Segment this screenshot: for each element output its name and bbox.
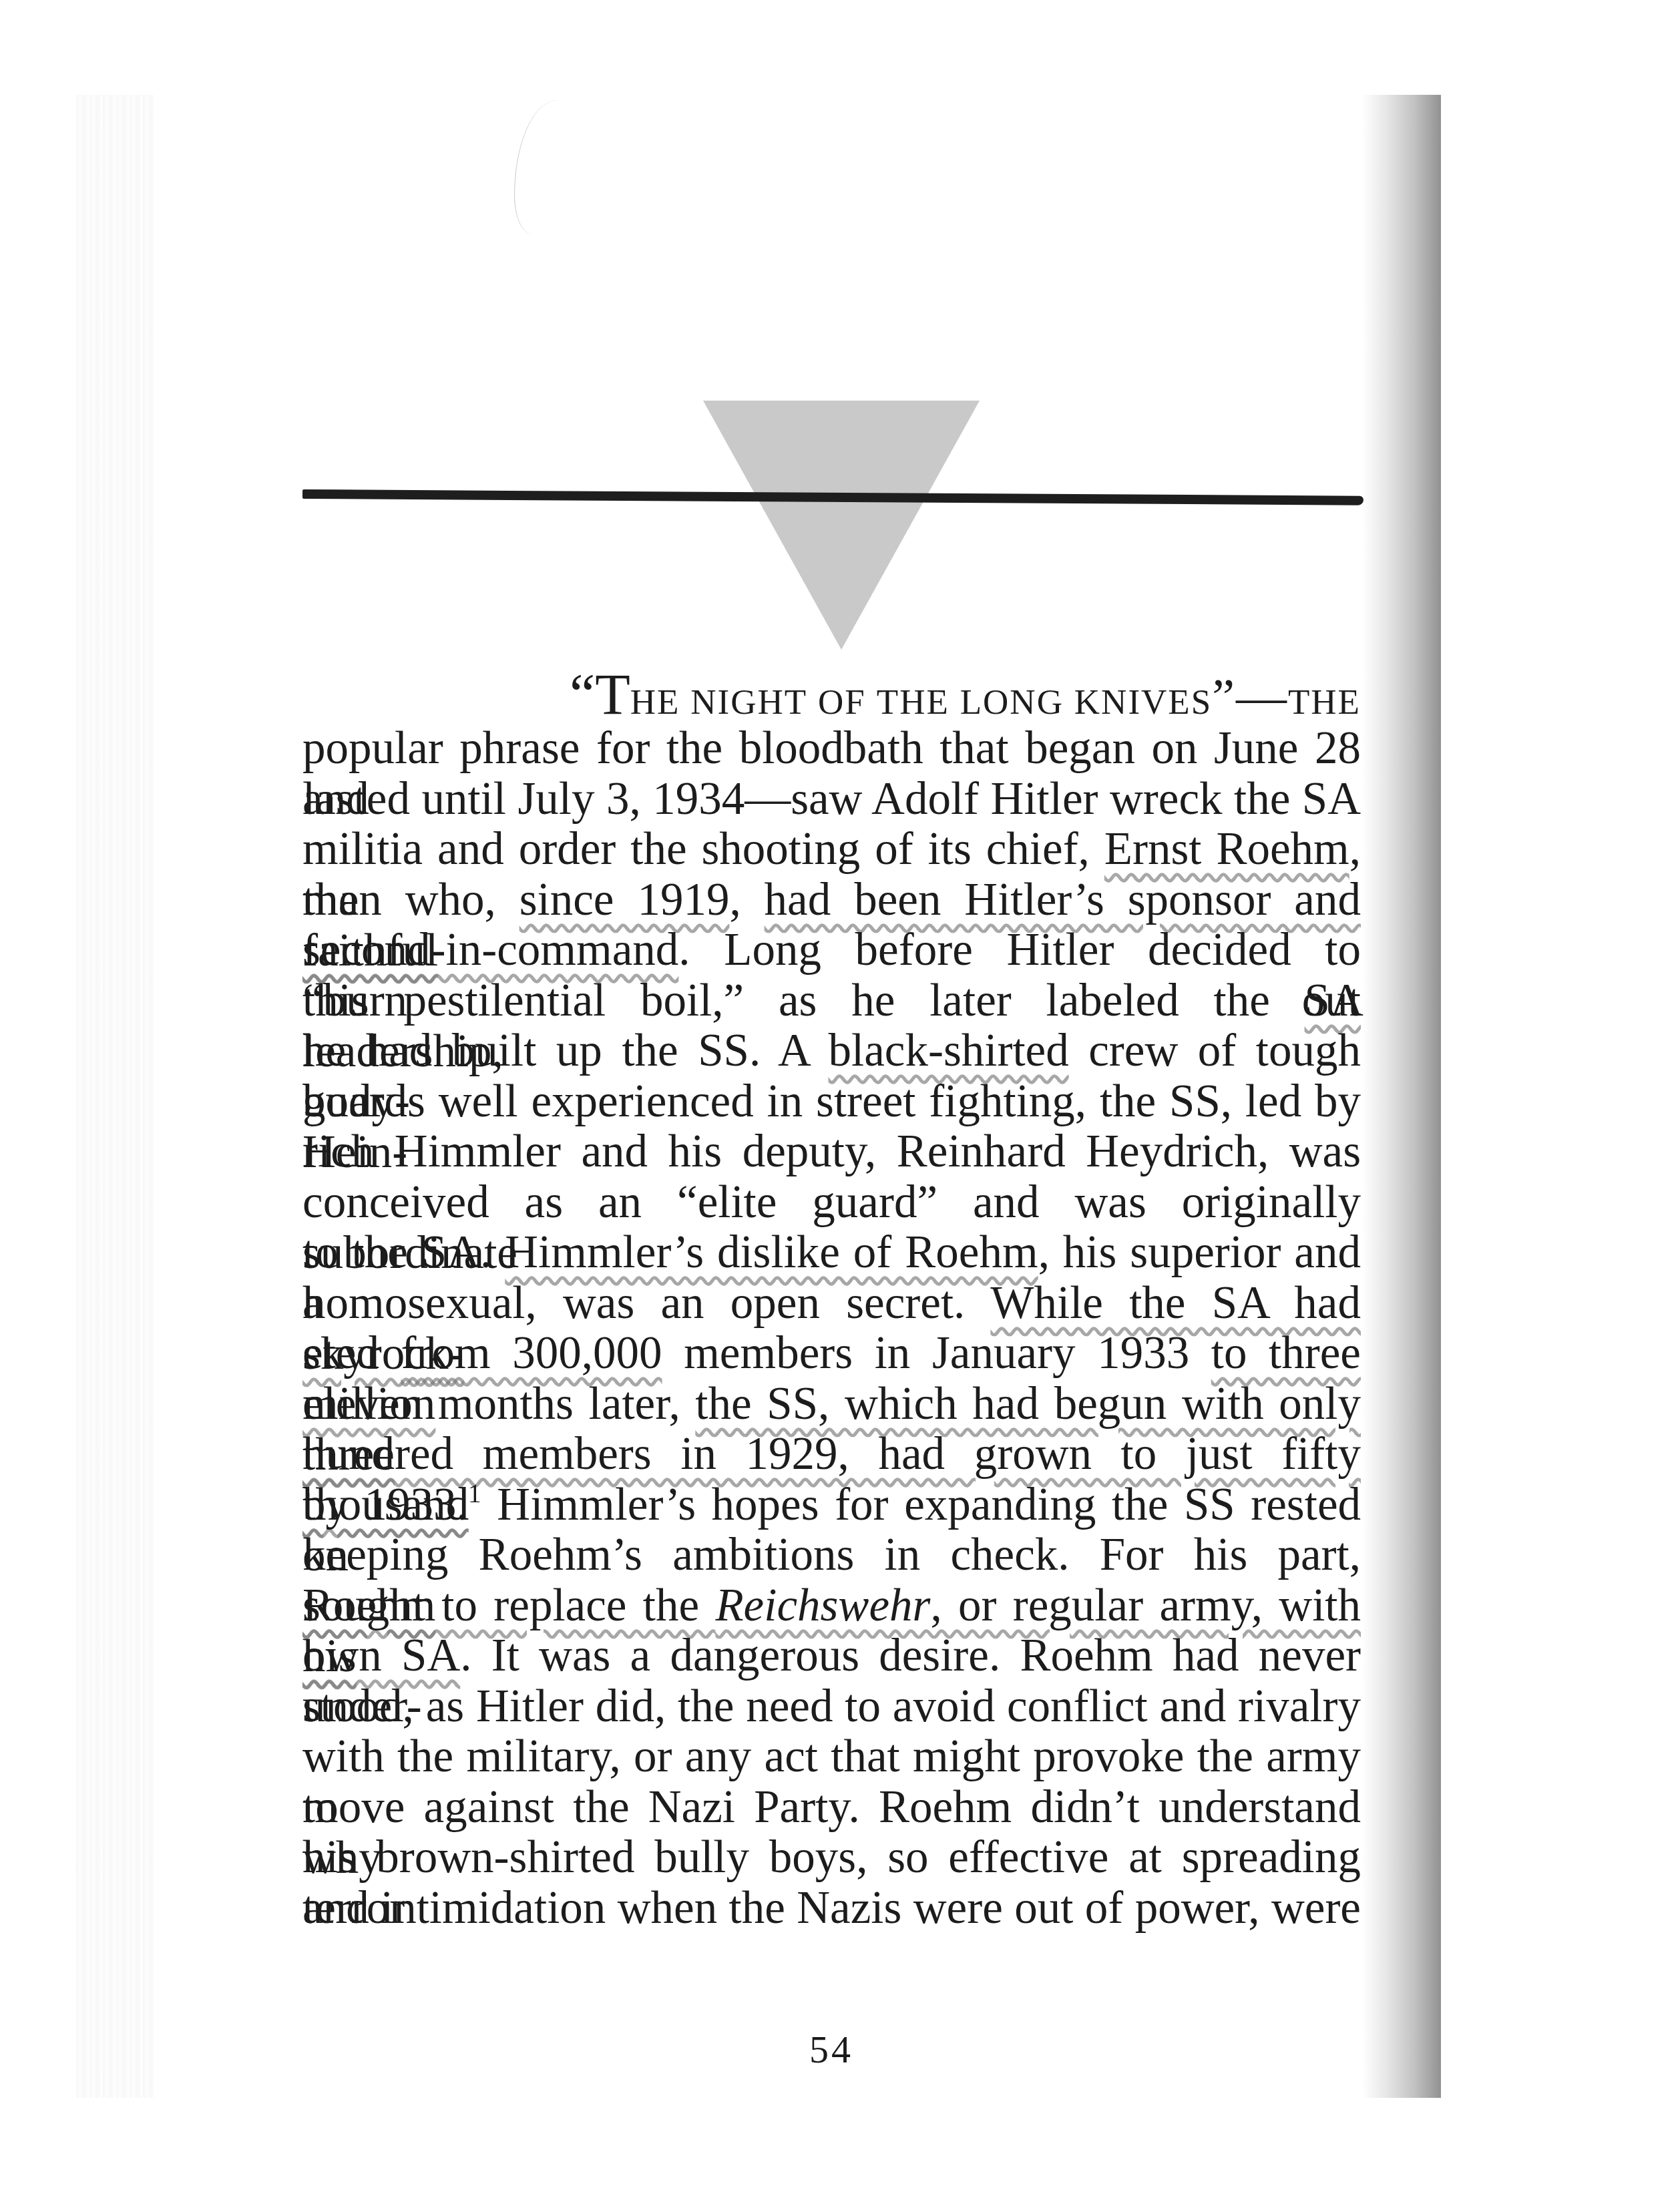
footnote-marker[interactable]: 1	[468, 1478, 481, 1508]
text-line: and intimidation when the Nazis were out…	[302, 1882, 1361, 1933]
text-line: to the SA. Himmler’s dislike of Roehm, h…	[302, 1227, 1361, 1277]
text-line: this pestilential boil,” as he later lab…	[302, 975, 1361, 1026]
text-segment: this pestilential boil,” as he later lab…	[302, 975, 1305, 1026]
text-line: sought to replace the Reichswehr, or reg…	[302, 1580, 1361, 1630]
text-line: homosexual, was an open secret. While th…	[302, 1277, 1361, 1328]
text-line: popular phrase for the bloodbath that be…	[302, 722, 1361, 773]
text-segment: and intimidation when the Nazis were out…	[302, 1882, 1361, 1933]
pencil-underlined-text: sought to replace the	[302, 1580, 715, 1630]
pencil-underlined-text: second-in-command	[302, 924, 678, 975]
text-line: guards well experienced in street fighti…	[302, 1076, 1361, 1126]
text-line: hundred members in 1929, had grown to ju…	[302, 1428, 1361, 1479]
text-segment: homosexual, was an open secret.	[302, 1277, 990, 1328]
pencil-underlined-text: by 1933.	[302, 1479, 468, 1530]
text-line: stood, as Hitler did, the need to avoid …	[302, 1681, 1361, 1731]
pencil-underlined-text: own SA	[302, 1630, 460, 1681]
text-line: he had built up the SS. A black-shirted …	[302, 1025, 1361, 1076]
text-segment: man who,	[302, 874, 519, 925]
pencil-underlined-text: from 300,000	[401, 1327, 662, 1378]
pencil-underlined-text: Reichswehr	[715, 1580, 930, 1630]
text-segment: stood, as Hitler did, the need to avoid …	[302, 1681, 1361, 1731]
text-line: man who, since 1919, had been Hitler’s s…	[302, 874, 1361, 925]
pencil-underlined-text: Ernst Roehm	[1104, 823, 1349, 874]
text-line: move against the Nazi Party. Roehm didn’…	[302, 1781, 1361, 1832]
text-segment: militia and order the shooting of its ch…	[302, 823, 1104, 874]
headline-word: HE	[630, 669, 680, 725]
opening-quote: “	[570, 662, 595, 726]
pencil-underlined-text: black-shirted	[828, 1025, 1068, 1076]
headline-word: KNIVES”—THE	[1074, 670, 1361, 724]
text-line: rich Himmler and his deputy, Reinhard He…	[302, 1126, 1361, 1176]
text-line: keeping Roehm’s ambitions in check. For …	[302, 1529, 1361, 1580]
pencil-underlined-text: SA	[1305, 975, 1361, 1026]
text-segment: keeping Roehm’s ambitions in check. For …	[302, 1529, 1361, 1580]
opening-capital: T	[595, 662, 630, 726]
text-line: with the military, or any act that might…	[302, 1731, 1361, 1781]
text-segment: rich Himmler and his deputy, Reinhard He…	[302, 1126, 1361, 1176]
scanned-book-page: “THE NIGHT OF THE LONG KNIVES”—THE popul…	[0, 0, 1680, 2196]
text-segment: ,	[729, 874, 764, 925]
text-segment: eted	[302, 1327, 401, 1378]
text-line: conceived as an “elite guard” and was or…	[302, 1176, 1361, 1227]
headline-word: NIGHT	[690, 670, 807, 724]
right-binding-shadow	[1362, 95, 1441, 2098]
text-line: by 1933.1 Himmler’s hopes for expanding …	[302, 1479, 1361, 1530]
chapter-opening-line: “THE NIGHT OF THE LONG KNIVES”—THE	[570, 668, 1361, 721]
scan-artifact-mark	[514, 100, 575, 234]
drop-cap: “THE	[570, 668, 680, 724]
headline-word: OF	[818, 670, 866, 724]
headline-word: LONG	[960, 670, 1064, 724]
text-line: lasted until July 3, 1934—saw Adolf Hitl…	[302, 773, 1361, 824]
text-segment: he had built up the SS. A	[302, 1025, 828, 1076]
text-segment: members in January 1933	[662, 1327, 1211, 1378]
text-line: eleven months later, the SS, which had b…	[302, 1378, 1361, 1429]
left-scan-edge-shadow	[76, 95, 154, 2098]
text-line: militia and order the shooting of its ch…	[302, 823, 1361, 874]
headline-word: THE	[877, 670, 950, 724]
chapter-ornament-triangle-icon	[703, 401, 980, 650]
pencil-underlined-text: since 1919	[519, 874, 730, 925]
text-segment: to the SA.	[302, 1227, 505, 1277]
page-number: 54	[809, 2030, 853, 2070]
text-line: own SA. It was a dangerous desire. Roehm…	[302, 1630, 1361, 1681]
pencil-underlined-text: Himmler’s dislike of Roehm	[505, 1227, 1038, 1277]
text-segment: lasted until July 3, 1934—saw Adolf Hitl…	[302, 773, 1361, 824]
text-line: second-in-command. Long before Hitler de…	[302, 924, 1361, 975]
text-segment: eleven months later,	[302, 1378, 695, 1429]
text-line: his brown-shirted bully boys, so effecti…	[302, 1831, 1361, 1882]
text-line: eted from 300,000 members in January 193…	[302, 1327, 1361, 1378]
